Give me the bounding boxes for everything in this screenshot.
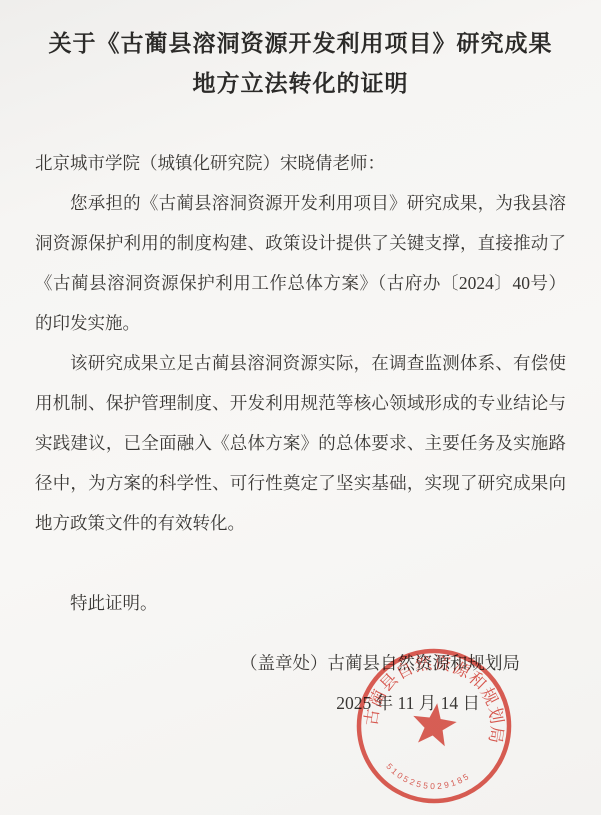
salutation: 北京城市学院（城镇化研究院）宋晓倩老师： (35, 143, 566, 183)
signature-line: （盖章处）古蔺县自然资源和规划局 (35, 643, 566, 683)
svg-text:5105255029185: 5105255029185 (382, 760, 472, 796)
date-line: 2025 年 11 月 14 日 (35, 683, 566, 723)
title-line-1: 关于《古蔺县溶洞资源开发利用项目》研究成果 (35, 24, 566, 64)
title-line-2: 地方立法转化的证明 (35, 64, 566, 104)
body-text: 您承担的《古蔺县溶洞资源开发利用项目》研究成果，为我县溶洞资源保护利用的制度构建… (35, 183, 566, 543)
document-title: 关于《古蔺县溶洞资源开发利用项目》研究成果 地方立法转化的证明 (35, 24, 566, 104)
document-content: 关于《古蔺县溶洞资源开发利用项目》研究成果 地方立法转化的证明 北京城市学院（城… (0, 0, 601, 723)
seal-code: 5105255029185 (382, 760, 472, 796)
body-paragraph: 该研究成果立足古蔺县溶洞资源实际，在调查监测体系、有偿使用机制、保护管理制度、开… (35, 343, 566, 543)
closing-statement: 特此证明。 (35, 583, 566, 623)
certificate-document: 关于《古蔺县溶洞资源开发利用项目》研究成果 地方立法转化的证明 北京城市学院（城… (0, 0, 601, 815)
body-paragraph: 您承担的《古蔺县溶洞资源开发利用项目》研究成果，为我县溶洞资源保护利用的制度构建… (35, 183, 566, 343)
